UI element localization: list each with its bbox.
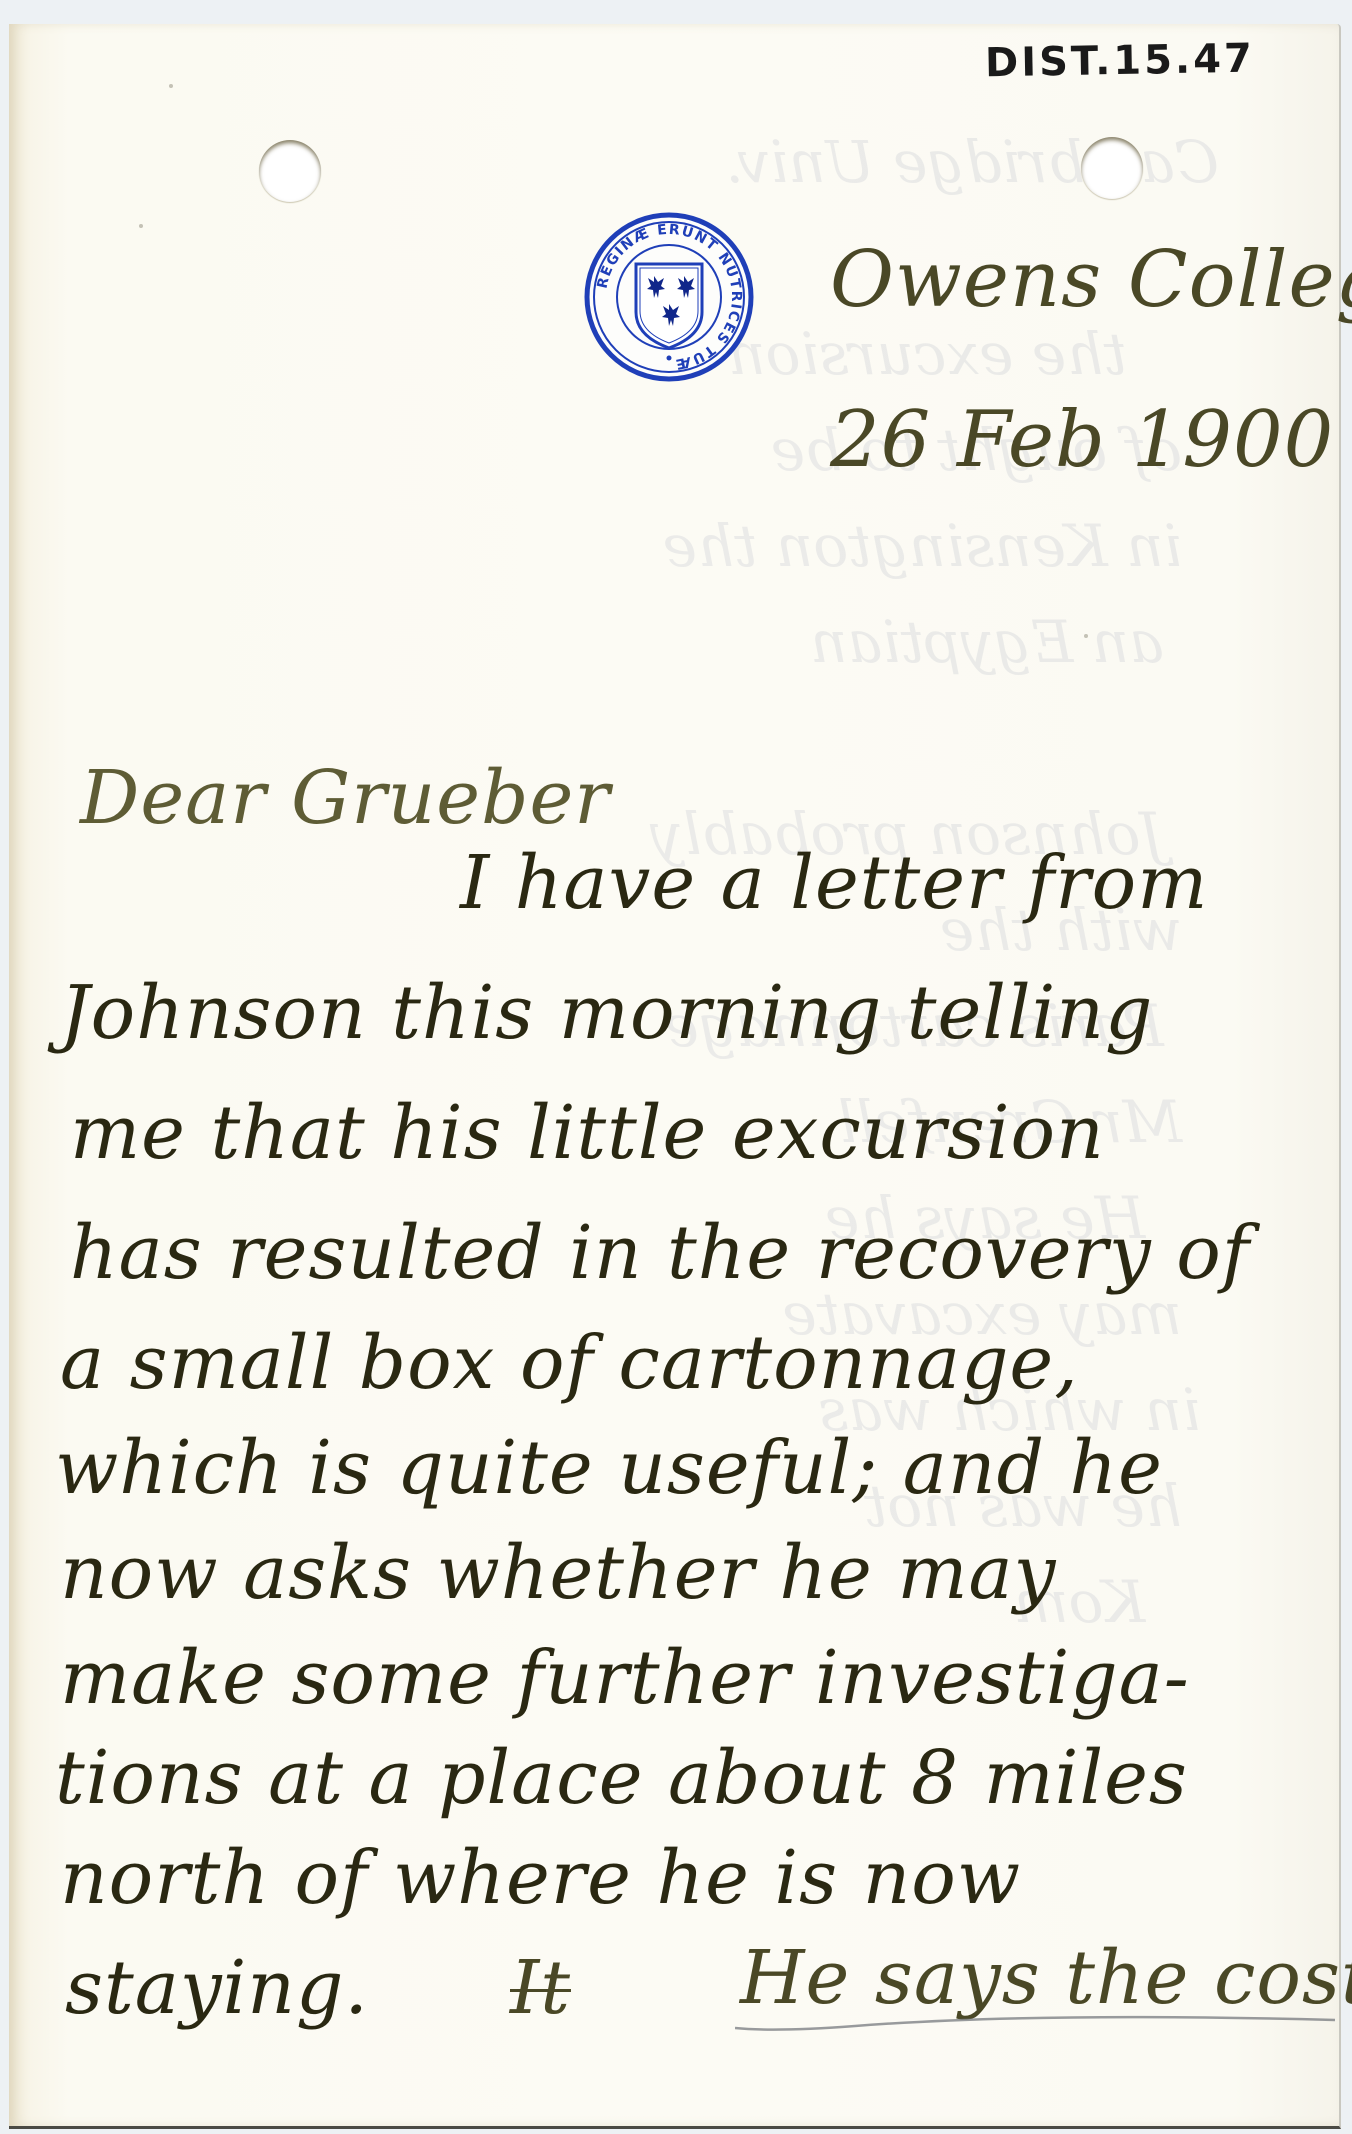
paper-fleck [139, 224, 143, 228]
pencil-underline [735, 2010, 1335, 2034]
letter-date: 26 Feb 1900 [830, 395, 1334, 485]
body-line: Johnson this morning telling [60, 970, 1153, 1056]
body-line: me that his little excursion [70, 1090, 1105, 1176]
scanned-document: Cambridge Univ. the excursion of ought t… [0, 0, 1352, 2134]
body-line: north of where he is now [60, 1835, 1021, 1921]
body-line: now asks whether he may [60, 1530, 1056, 1616]
punch-hole-left [259, 140, 321, 202]
punch-hole-right [1081, 137, 1143, 199]
paper-fleck [169, 84, 173, 88]
body-line: a small box of cartonnage, [60, 1320, 1079, 1406]
body-line: I have a letter from [460, 840, 1208, 926]
college-seal-icon: REGINÆ ERUNT NUTRICES TUÆ [584, 212, 754, 382]
letter-salutation: Dear Grueber [80, 755, 611, 841]
body-line: tions at a place about 8 miles [55, 1735, 1188, 1821]
body-line: which is quite useful; and he [55, 1425, 1163, 1511]
body-line: has resulted in the recovery of [70, 1210, 1250, 1296]
body-line: staying. [65, 1945, 369, 2031]
body-line: make some further investiga- [60, 1635, 1190, 1721]
body-line-continuation: He says the cost [740, 1935, 1352, 2021]
archive-reference-number: DIST.15.47 [985, 36, 1256, 87]
paper-fleck [1084, 634, 1088, 638]
letter-place: Owens College [830, 235, 1352, 325]
struck-out-word: It [510, 1945, 571, 2031]
